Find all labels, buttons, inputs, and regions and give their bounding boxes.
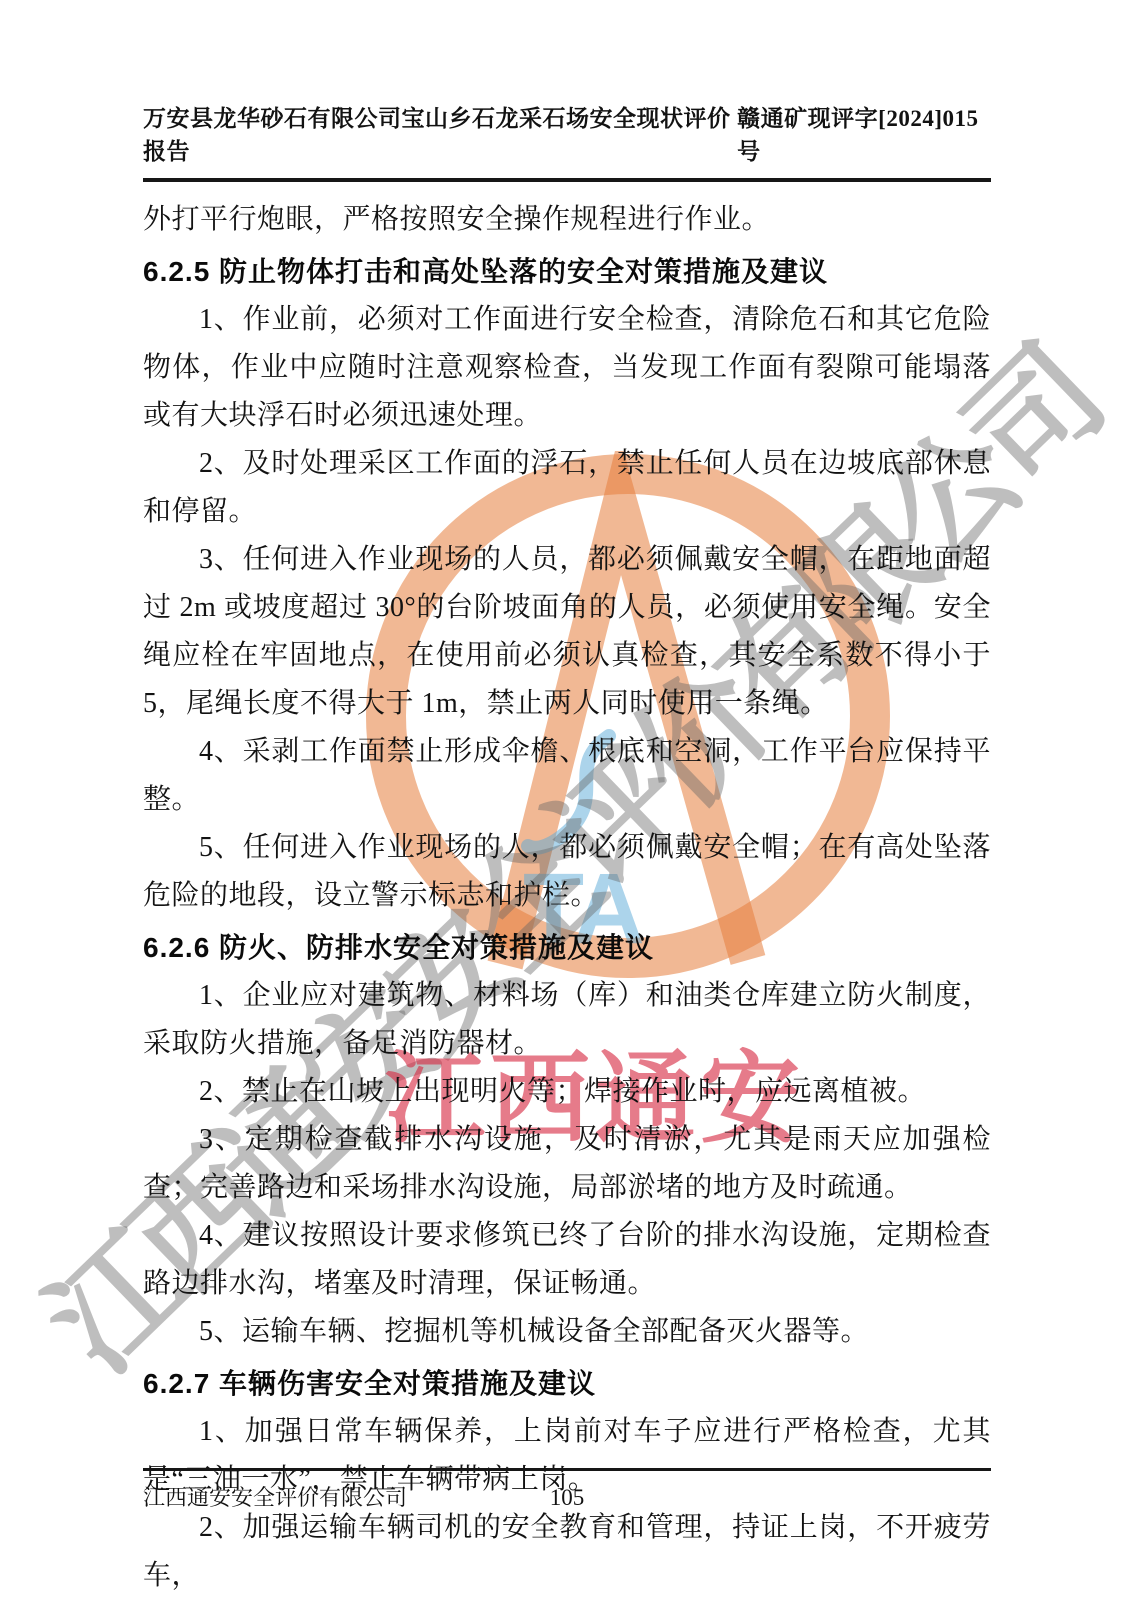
paragraph: 3、任何进入作业现场的人员，都必须佩戴安全帽，在距地面超过 2m 或坡度超过 3… xyxy=(143,536,991,728)
heading-6-2-5: 6.2.5 防止物体打击和高处坠落的安全对策措施及建议 xyxy=(143,250,991,290)
paragraph: 2、加强运输车辆司机的安全教育和管理，持证上岗，不开疲劳车， xyxy=(143,1504,991,1600)
paragraph: 2、禁止在山坡上出现明火等；焊接作业时，应远离植被。 xyxy=(143,1068,991,1116)
page-header: 万安县龙华砂石有限公司宝山乡石龙采石场安全现状评价报告 赣通矿现评字[2024]… xyxy=(143,0,991,182)
paragraph: 1、作业前，必须对工作面进行安全检查，清除危石和其它危险物体，作业中应随时注意观… xyxy=(143,296,991,440)
page-footer: 江西通安安全评价有限公司 105 xyxy=(143,1468,991,1512)
paragraph: 2、及时处理采区工作面的浮石，禁止任何人员在边坡底部休息和停留。 xyxy=(143,440,991,536)
intro-line: 外打平行炮眼，严格按照安全操作规程进行作业。 xyxy=(143,196,991,244)
paragraph: 4、采剥工作面禁止形成伞檐、根底和空洞，工作平台应保持平整。 xyxy=(143,728,991,824)
document-content: 万安县龙华砂石有限公司宝山乡石龙采石场安全现状评价报告 赣通矿现评字[2024]… xyxy=(0,0,1131,1600)
paragraph: 3、定期检查截排水沟设施，及时清淤，尤其是雨天应加强检查；完善路边和采场排水沟设… xyxy=(143,1116,991,1212)
paragraph: 5、运输车辆、挖掘机等机械设备全部配备灭火器等。 xyxy=(143,1308,991,1356)
header-doc-number: 赣通矿现评字[2024]015 号 xyxy=(737,100,991,166)
heading-6-2-7: 6.2.7 车辆伤害安全对策措施及建议 xyxy=(143,1362,991,1402)
footer-page-number: 105 xyxy=(550,1485,585,1511)
paragraph: 5、任何进入作业现场的人，都必须佩戴安全帽；在有高处坠落危险的地段，设立警示标志… xyxy=(143,824,991,920)
heading-6-2-6: 6.2.6 防火、防排水安全对策措施及建议 xyxy=(143,926,991,966)
paragraph: 4、建议按照设计要求修筑已终了台阶的排水沟设施，定期检查路边排水沟，堵塞及时清理… xyxy=(143,1212,991,1308)
header-report-title: 万安县龙华砂石有限公司宝山乡石龙采石场安全现状评价报告 xyxy=(143,100,737,166)
footer-company: 江西通安安全评价有限公司 xyxy=(143,1481,550,1512)
report-page: { "page": { "header": { "left": "万安县龙华砂石… xyxy=(0,0,1131,1600)
paragraph: 1、企业应对建筑物、材料场（库）和油类仓库建立防火制度，采取防火措施，备足消防器… xyxy=(143,972,991,1068)
